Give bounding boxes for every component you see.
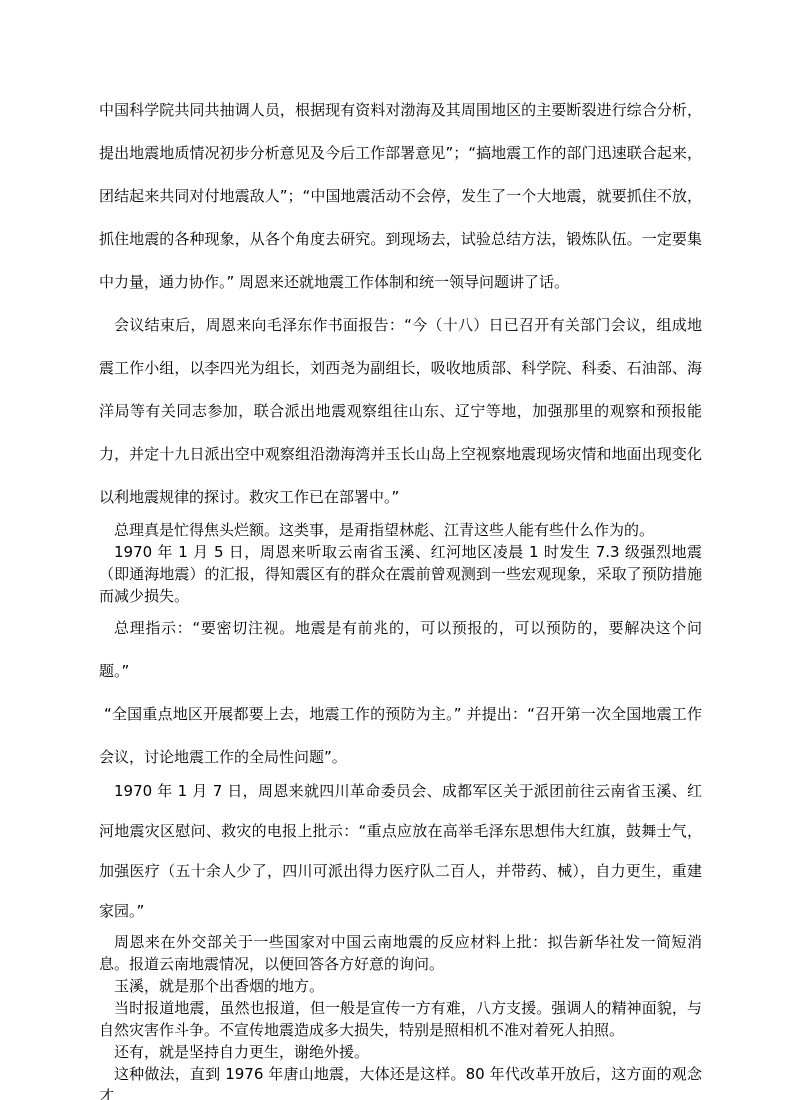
paragraph-2: 会议结束后，周恩来向毛泽东作书面报告：“今（十八）日已召开有关部门会议，组成地震… bbox=[99, 304, 702, 519]
paragraph-7: 1970 年 1 月 7 日，周恩来就四川革命委员会、成都军区关于派团前往云南省… bbox=[99, 771, 702, 931]
paragraph-10: 当时报道地震，虽然也报道，但一般是宣传一方有难，八方支援。强调人的精神面貌，与自… bbox=[99, 997, 702, 1041]
paragraph-12: 这种做法，直到 1976 年唐山地震，大体还是这样。80 年代改革开放后，这方面… bbox=[99, 1063, 702, 1100]
document-body: 中国科学院共同共抽调人员，根据现有资料对渤海及其周围地区的主要断裂进行综合分析，… bbox=[99, 0, 702, 1100]
paragraph-4: 1970 年 1 月 5 日，周恩来听取云南省玉溪、红河地区凌晨 1 时发生 7… bbox=[99, 541, 702, 607]
paragraph-5: 总理指示：“要密切注视。地震是有前兆的，可以预报的，可以预防的，要解决这个问题。… bbox=[99, 607, 702, 693]
paragraph-1: 中国科学院共同共抽调人员，根据现有资料对渤海及其周围地区的主要断裂进行综合分析，… bbox=[99, 89, 702, 304]
document-page: 中国科学院共同共抽调人员，根据现有资料对渤海及其周围地区的主要断裂进行综合分析，… bbox=[0, 0, 800, 1100]
paragraph-8: 周恩来在外交部关于一些国家对中国云南地震的反应材料上批：拟告新华社发一简短消息。… bbox=[99, 931, 702, 975]
paragraph-6: “全国重点地区开展都要上去，地震工作的预防为主。” 并提出：“召开第一次全国地震… bbox=[99, 693, 702, 779]
paragraph-9: 玉溪，就是那个出香烟的地方。 bbox=[99, 975, 702, 997]
paragraph-3: 总理真是忙得焦头烂额。这类事，是甭指望林彪、江青这些人能有些什么作为的。 bbox=[99, 519, 702, 541]
paragraph-11: 还有，就是坚持自力更生，谢绝外援。 bbox=[99, 1041, 702, 1063]
